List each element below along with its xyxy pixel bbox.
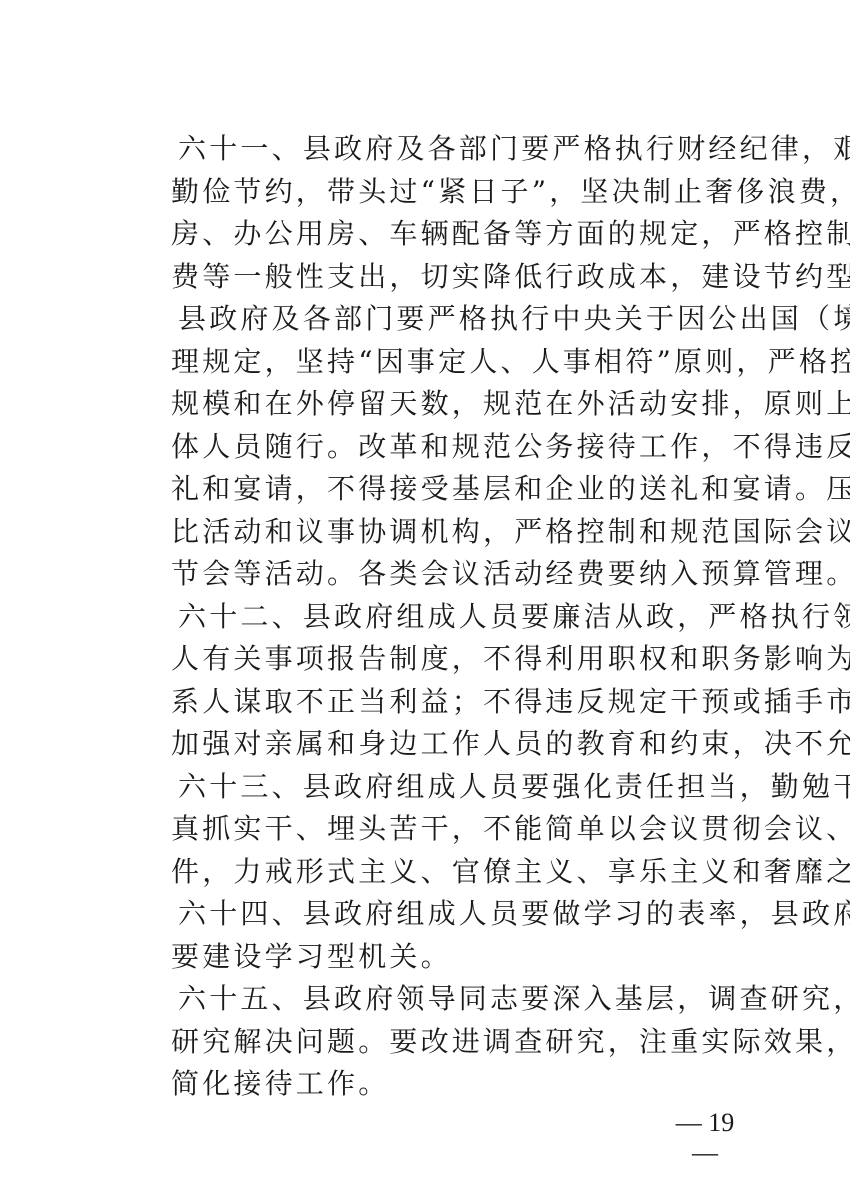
paragraph-61: 六十一、县政府及各部门要严格执行财经纪律，艰苦奋斗、 勤俭节约，带头过“紧日子”… [115, 128, 747, 298]
page-number: — 19 — [660, 1108, 750, 1168]
text-line: 真抓实干、埋头苦干，不能简单以会议贯彻会议、以文件落实文 [115, 808, 747, 851]
text-line: 加强对亲属和身边工作人员的教育和约束，决不允许搞特权。 [115, 723, 747, 766]
paragraph-63: 六十三、县政府组成人员要强化责任担当，勤勉干事创业， 真抓实干、埋头苦干，不能简… [115, 766, 747, 894]
text-line: 县政府及各部门要严格执行中央关于因公出国（境）有关管 [115, 298, 747, 341]
text-line: 勤俭节约，带头过“紧日子”，坚决制止奢侈浪费，严格执行住 [115, 171, 747, 214]
text-line: 理规定，坚持“因事定人、人事相符”原则，严格控制团组数量、 [115, 341, 747, 384]
text-line: 节会等活动。各类会议活动经费要纳入预算管理。 [115, 553, 747, 596]
text-line: 费等一般性支出，切实降低行政成本，建设节约型机关。 [115, 256, 747, 299]
paragraph-65: 六十五、县政府领导同志要深入基层，调查研究，指导工作， 研究解决问题。要改进调查… [115, 978, 747, 1106]
text-line: 房、办公用房、车辆配备等方面的规定，严格控制差旅、会议经 [115, 213, 747, 256]
text-line: 六十二、县政府组成人员要廉洁从政，严格执行领导干部个 [115, 596, 747, 639]
paragraph-62: 六十二、县政府组成人员要廉洁从政，严格执行领导干部个 人有关事项报告制度，不得利… [115, 596, 747, 766]
text-line: 六十三、县政府组成人员要强化责任担当，勤勉干事创业， [115, 766, 747, 809]
text-line: 研究解决问题。要改进调查研究，注重实际效果，减少陪同人员， [115, 1021, 747, 1064]
text-line: 六十五、县政府领导同志要深入基层，调查研究，指导工作， [115, 978, 747, 1021]
document-body: 六十一、县政府及各部门要严格执行财经纪律，艰苦奋斗、 勤俭节约，带头过“紧日子”… [115, 128, 747, 1106]
text-line: 要建设学习型机关。 [115, 936, 747, 979]
text-line: 比活动和议事协调机构，严格控制和规范国际会议、论坛、庆典、 [115, 511, 747, 554]
text-line: 礼和宴请，不得接受基层和企业的送礼和宴请。压减检查考核评 [115, 468, 747, 511]
text-line: 体人员随行。改革和规范公务接待工作，不得违反规定用公款送 [115, 426, 747, 469]
text-line: 六十一、县政府及各部门要严格执行财经纪律，艰苦奋斗、 [115, 128, 747, 171]
text-line: 人有关事项报告制度，不得利用职权和职务影响为本人或特定关 [115, 638, 747, 681]
text-line: 规模和在外停留天数，规范在外活动安排，原则上不安排新闻媒 [115, 383, 747, 426]
paragraph-61-continued: 县政府及各部门要严格执行中央关于因公出国（境）有关管 理规定，坚持“因事定人、人… [115, 298, 747, 596]
text-line: 六十四、县政府组成人员要做学习的表率，县政府及各部门 [115, 893, 747, 936]
text-line: 简化接待工作。 [115, 1063, 747, 1106]
text-line: 系人谋取不正当利益；不得违反规定干预或插手市场经济活动； [115, 681, 747, 724]
paragraph-64: 六十四、县政府组成人员要做学习的表率，县政府及各部门 要建设学习型机关。 [115, 893, 747, 978]
text-line: 件，力戒形式主义、官僚主义、享乐主义和奢靡之风。 [115, 851, 747, 894]
